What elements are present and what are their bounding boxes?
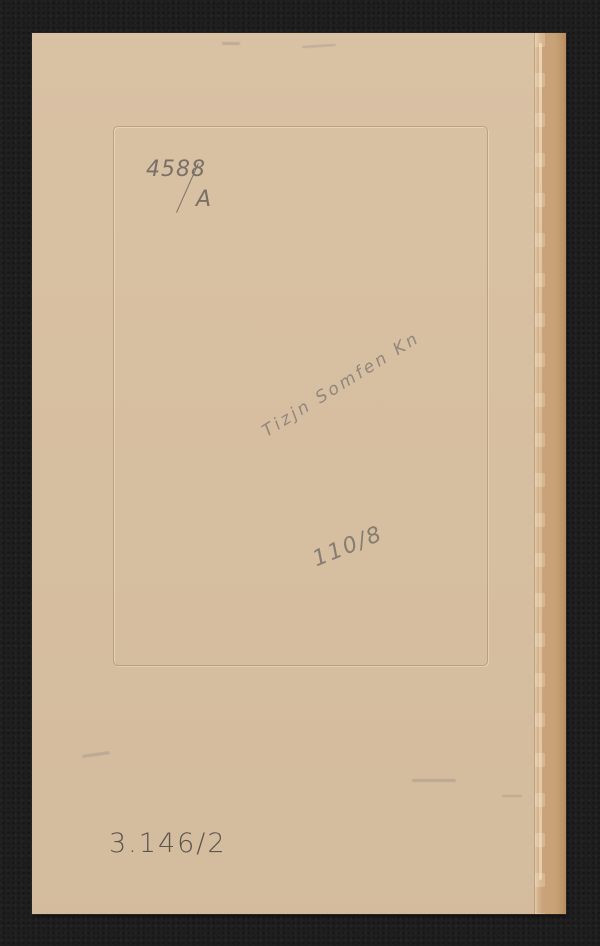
photo-background: 4588 A Tizjn Somfen Kn 110/8 3.146/2	[0, 0, 600, 946]
inventory-number-top: 4588 A	[146, 159, 206, 181]
pencil-smudge	[502, 795, 522, 797]
hinge-tape-strip	[535, 33, 566, 914]
pencil-smudge	[222, 42, 240, 45]
pencil-smudge	[82, 751, 110, 758]
inventory-suffix: A	[196, 189, 212, 211]
pencil-smudge	[412, 779, 456, 782]
plate-mark-impression	[113, 126, 488, 666]
inventory-number-bottom: 3.146/2	[109, 828, 227, 859]
pencil-smudge	[302, 44, 336, 48]
mount-card: 4588 A Tizjn Somfen Kn 110/8 3.146/2	[32, 33, 566, 914]
